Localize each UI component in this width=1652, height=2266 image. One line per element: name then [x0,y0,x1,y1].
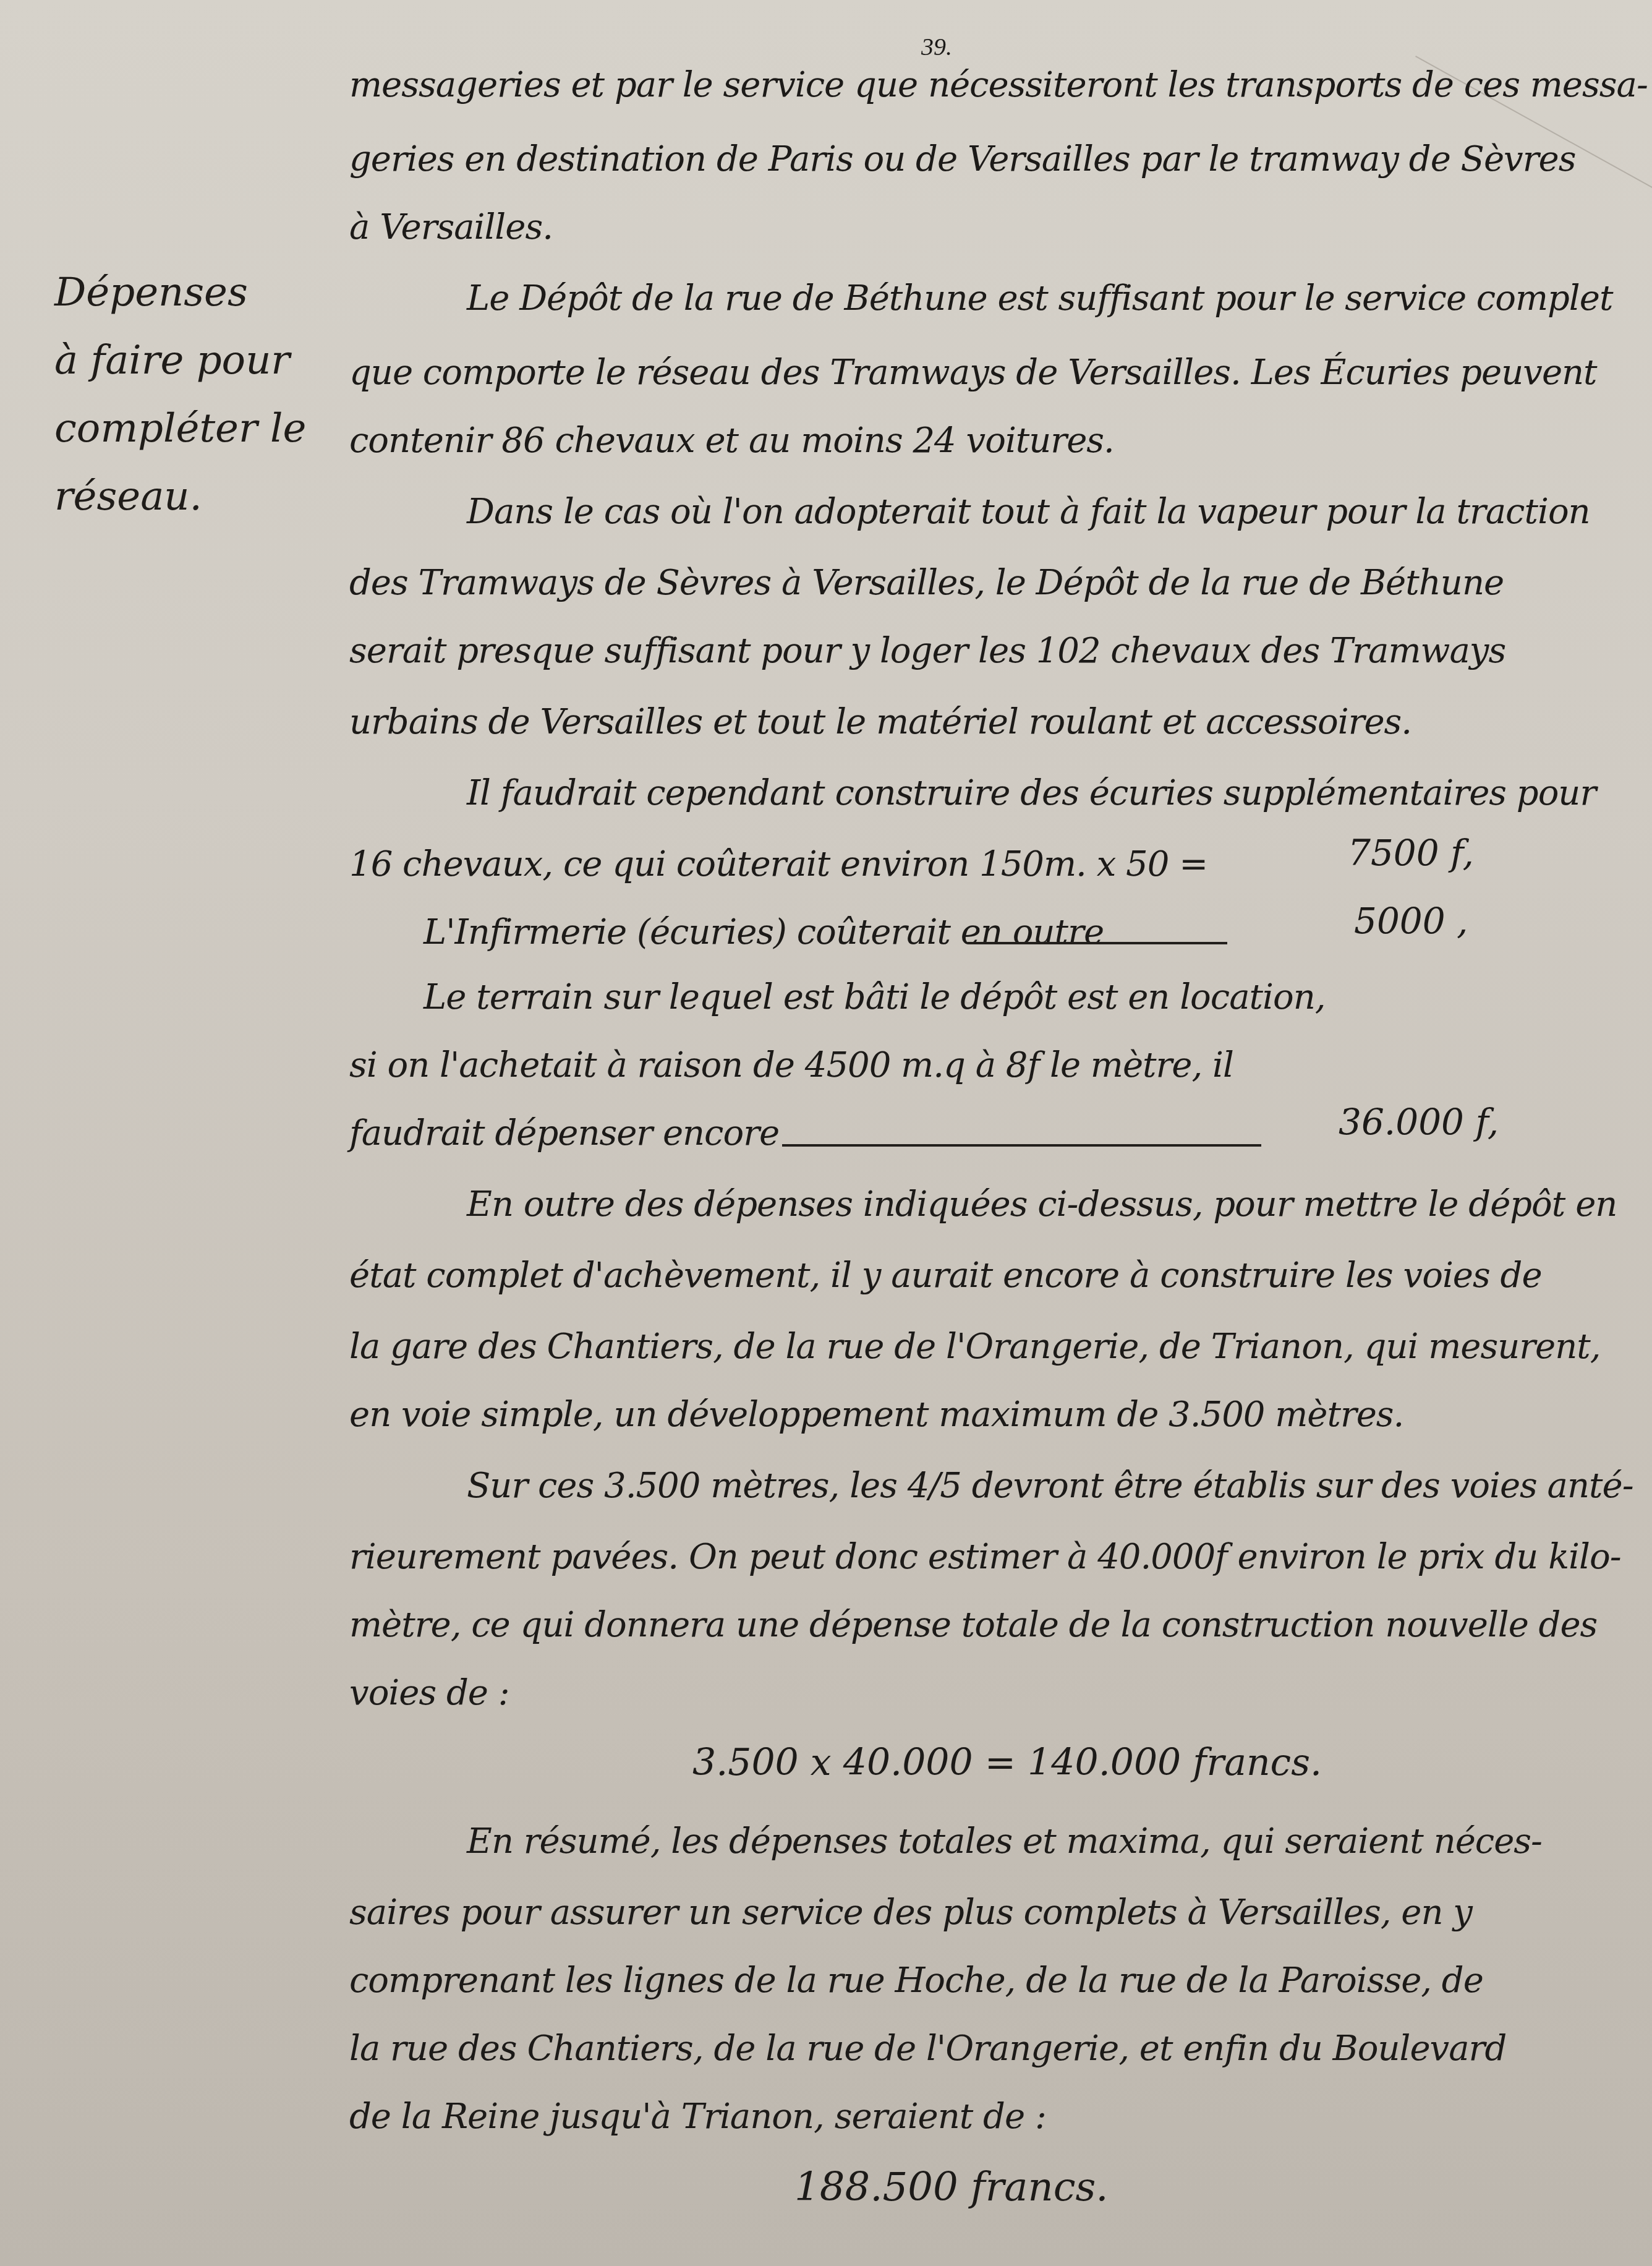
margin-note-line: réseau. [54,463,320,531]
leader-rule [782,1144,1261,1147]
text-line: comprenant les lignes de la rue Hoche, d… [349,1960,1483,2001]
text-line: voies de : [349,1673,509,1713]
margin-note-line: Dépenses [54,259,320,327]
amount-infirmary: 5000 , [1354,900,1468,942]
paragraph-start: Le Dépôt de la rue de Béthune est suffis… [467,278,1612,319]
margin-note-line: compléter le [54,395,320,463]
amount-stables: 7500 f, [1348,832,1474,874]
text-line: serait presque suffisant pour y loger le… [349,631,1505,671]
text-line: la rue des Chantiers, de la rue de l'Ora… [349,2029,1506,2069]
text-line: que comporte le réseau des Tramways de V… [349,353,1597,393]
text-line: Le terrain sur lequel est bâti le dépôt … [424,977,1326,1017]
text-line: en voie simple, un développement maximum… [349,1395,1403,1435]
text-line: saires pour assurer un service des plus … [349,1892,1472,1933]
manuscript-page: 39. Dépenses à faire pour compléter le r… [0,0,1652,2266]
text-line: mètre, ce qui donnera une dépense totale… [349,1605,1597,1645]
margin-note: Dépenses à faire pour compléter le résea… [54,259,320,531]
calculation-line: 3.500 x 40.000 = 140.000 francs. [692,1741,1322,1784]
leader-rule [968,942,1227,944]
total-amount: 188.500 francs. [794,2165,1109,2210]
text-line: si on l'achetait à raison de 4500 m.q à … [349,1045,1233,1085]
margin-note-line: à faire pour [54,327,320,395]
page-number: 39. [921,32,952,61]
paragraph-start: En outre des dépenses indiquées ci-dessu… [467,1184,1617,1225]
text-line: à Versailles. [349,207,553,247]
text-line: urbains de Versailles et tout le matérie… [349,702,1411,742]
text-line: des Tramways de Sèvres à Versailles, le … [349,563,1504,603]
text-line: rieurement pavées. On peut donc estimer … [349,1537,1621,1577]
text-line: de la Reine jusqu'à Trianon, seraient de… [349,2097,1046,2137]
amount-land: 36.000 f, [1339,1101,1499,1143]
paragraph-start: Dans le cas où l'on adopterait tout à fa… [467,492,1590,532]
text-line: L'Infirmerie (écuries) coûterait en outr… [424,912,1104,952]
text-line: messageries et par le service que nécess… [349,65,1648,105]
text-line: la gare des Chantiers, de la rue de l'Or… [349,1327,1601,1367]
paragraph-start: Il faudrait cependant construire des écu… [467,773,1596,813]
paragraph-start: En résumé, les dépenses totales et maxim… [467,1821,1542,1862]
paragraph-start: Sur ces 3.500 mètres, les 4/5 devront êt… [467,1466,1633,1506]
text-line: faudrait dépenser encore [349,1113,779,1153]
text-line: état complet d'achèvement, il y aurait e… [349,1255,1542,1296]
text-line: geries en destination de Paris ou de Ver… [349,139,1575,179]
text-line: contenir 86 chevaux et au moins 24 voitu… [349,421,1114,461]
text-line: 16 chevaux, ce qui coûterait environ 150… [349,844,1207,884]
